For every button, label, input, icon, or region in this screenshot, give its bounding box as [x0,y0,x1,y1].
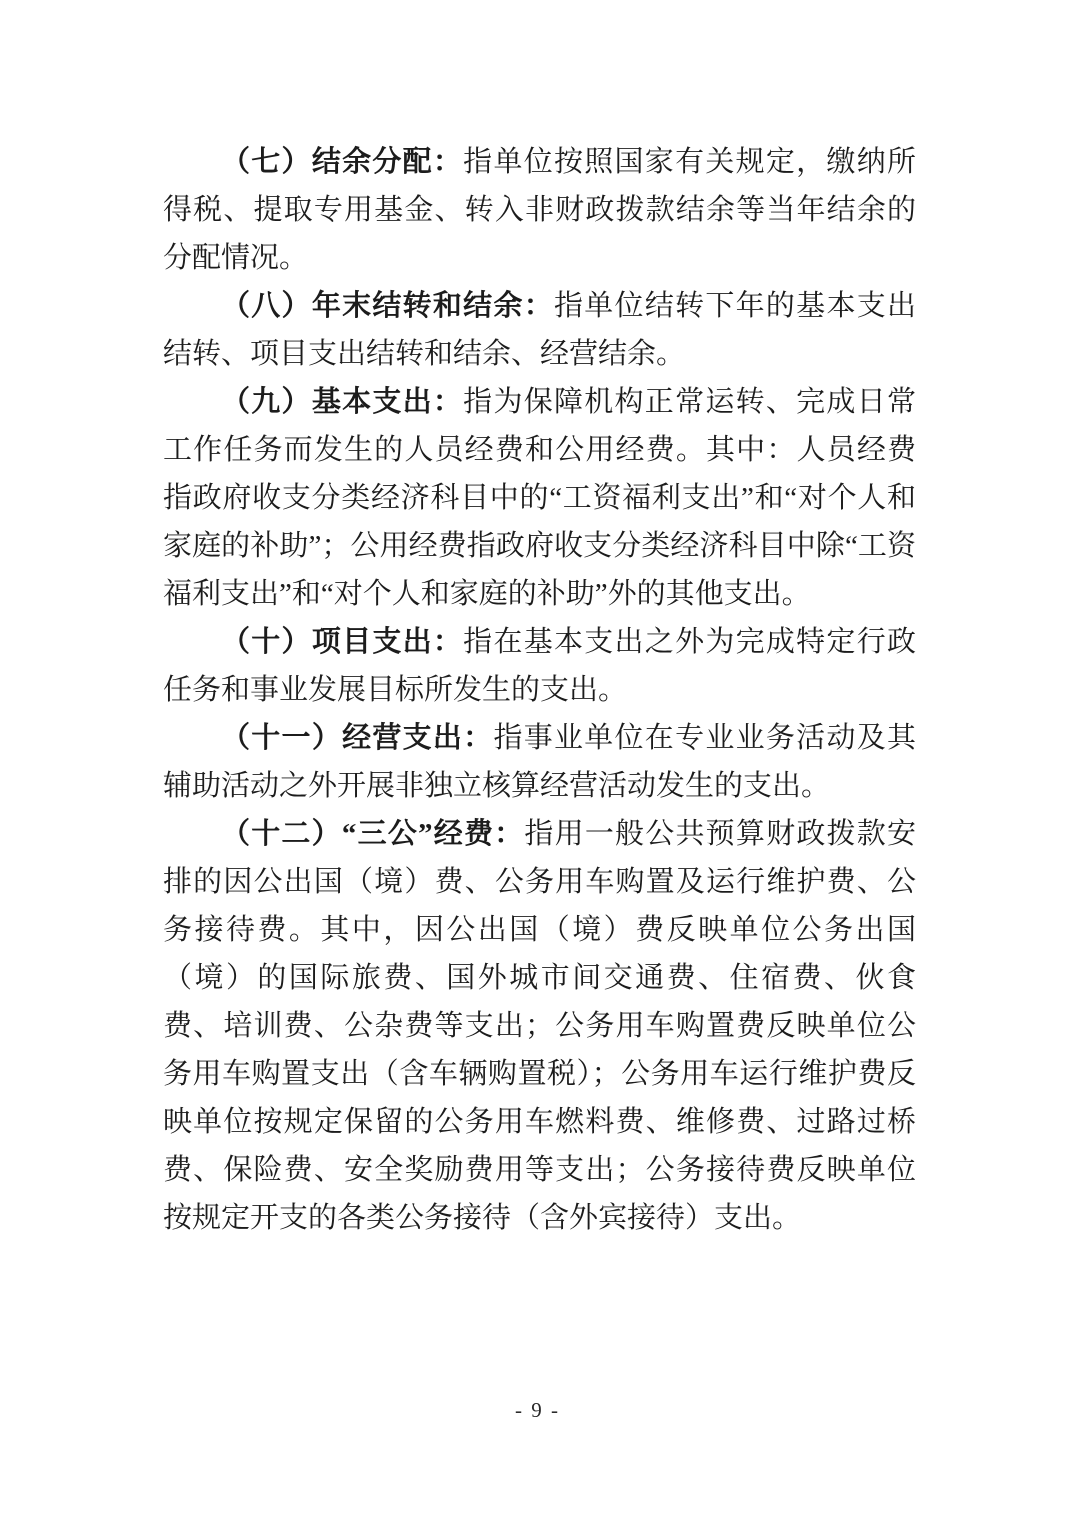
term-definition: 指为保障机构正常运转、完成日常工作任务而发生的人员经费和公用经费。其中：人员经费… [163,386,916,610]
page-number: - 9 - [0,1398,1075,1423]
document-page: （七）结余分配：指单位按照国家有关规定，缴纳所得税、提取专用基金、转入非财政拨款… [0,0,1075,1520]
term-heading: （九）基本支出： [221,386,463,418]
term-heading: （十）项目支出： [221,626,463,658]
definition-paragraph-8: （八）年末结转和结余：指单位结转下年的基本支出结转、项目支出结转和结余、经营结余… [163,282,916,378]
term-definition: 指用一般公共预算财政拨款安排的因公出国（境）费、公务用车购置及运行维护费、公务接… [163,818,916,1234]
term-heading: （十一）经营支出： [221,722,493,754]
term-heading: （七）结余分配： [221,146,463,178]
definition-paragraph-9: （九）基本支出：指为保障机构正常运转、完成日常工作任务而发生的人员经费和公用经费… [163,378,916,618]
definition-paragraph-10: （十）项目支出：指在基本支出之外为完成特定行政任务和事业发展目标所发生的支出。 [163,618,916,714]
term-heading: （八）年末结转和结余： [221,290,554,322]
definition-paragraph-7: （七）结余分配：指单位按照国家有关规定，缴纳所得税、提取专用基金、转入非财政拨款… [163,138,916,282]
document-body: （七）结余分配：指单位按照国家有关规定，缴纳所得税、提取专用基金、转入非财政拨款… [163,138,916,1242]
term-heading: （十二）“三公”经费： [221,818,524,850]
definition-paragraph-12: （十二）“三公”经费：指用一般公共预算财政拨款安排的因公出国（境）费、公务用车购… [163,810,916,1242]
definition-paragraph-11: （十一）经营支出：指事业单位在专业业务活动及其辅助活动之外开展非独立核算经营活动… [163,714,916,810]
